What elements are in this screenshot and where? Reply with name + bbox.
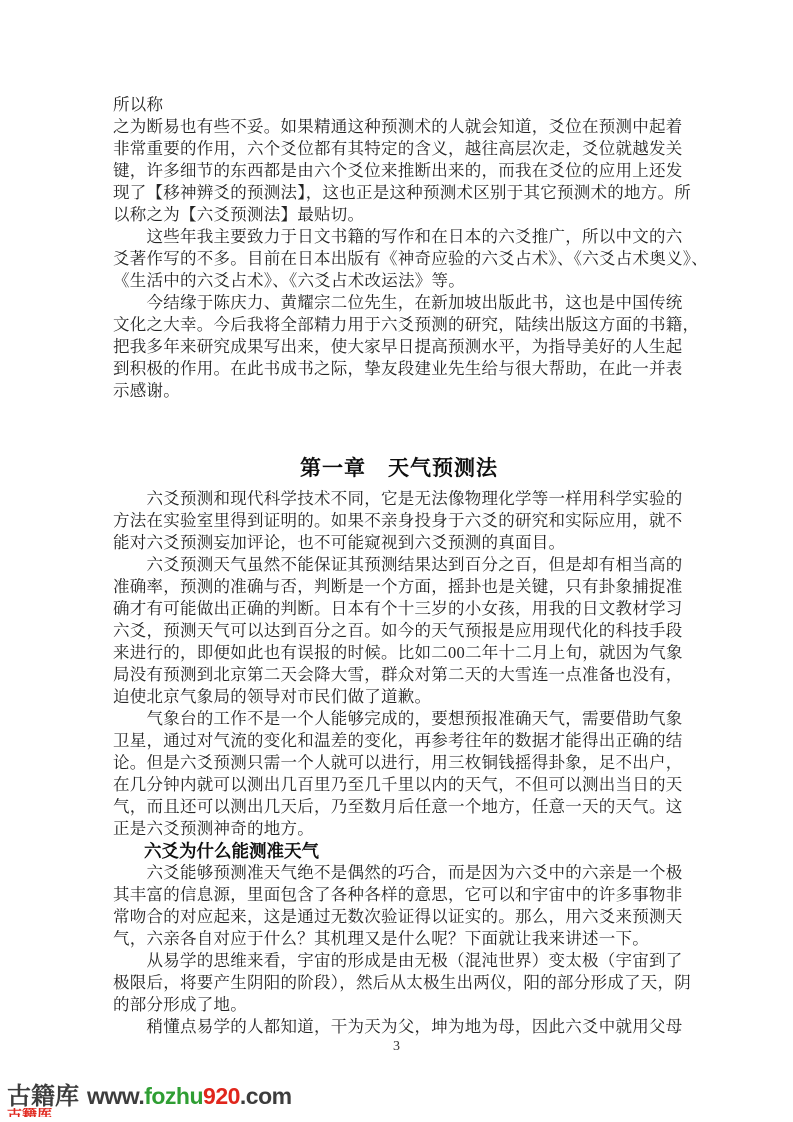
watermark-url-green: fozhu [144,1083,203,1109]
text-line: 以称之为【六爻预测法】最贴切。 [113,204,685,226]
paragraph: 六爻能够预测准天气绝不是偶然的巧合，而是因为六爻中的六亲是一个极其丰富的信息源，… [113,862,685,950]
text-line: 迫使北京气象局的领导对市民们做了道歉。 [113,686,685,708]
text-line: 把我多年来研究成果写出来，使大家早日提高预测水平，为指导美好的人生起 [113,336,685,358]
text-line: 六爻预测和现代科学技术不同，它是无法像物理化学等一样用科学实验的 [113,488,685,510]
paragraph: 这些年我主要致力于日文书籍的写作和在日本的六爻推广，所以中文的六爻著作写的不多。… [113,226,685,292]
text-line: 局没有预测到北京第二天会降大雪，群众对第二天的大雪连一点准备也没有， [113,664,685,686]
text-line: 极限后，将要产生阴阳的阶段），然后从太极生出两仪，阳的部分形成了天，阴 [113,972,685,994]
text-line: 气象台的工作不是一个人能够完成的，要想预报准确天气，需要借助气象 [113,708,685,730]
text-line: 稍懂点易学的人都知道，干为天为父，坤为地为母，因此六爻中就用父母 [113,1016,685,1038]
section-subheading: 六爻为什么能测准天气 [144,840,685,862]
text-line: 现了【移神辨爻的预测法】，这也正是这种预测术区别于其它预测术的地方。所 [113,182,685,204]
text-line: 卫星，通过对气流的变化和温差的变化，再参考往年的数据才能得出正确的结 [113,730,685,752]
text-line: 今结缘于陈庆力、黄耀宗二位先生，在新加坡出版此书，这也是中国传统 [113,292,685,314]
watermark-site-name: 古籍库 [7,1083,79,1110]
text-line: 从易学的思维来看，宇宙的形成是由无极（混沌世界）变太极（宇宙到了 [113,950,685,972]
paragraph: 稍懂点易学的人都知道，干为天为父，坤为地为母，因此六爻中就用父母 [113,1016,685,1038]
watermark-url-suffix: .com [240,1083,292,1109]
watermark-url-red: 920 [203,1083,240,1109]
text-line: 准确率，预测的准确与否，判断是一个方面，摇卦也是关键，只有卦象捕捉准 [113,576,685,598]
text-line: 《生活中的六爻占术》、《六爻占术改运法》等。 [113,270,685,292]
paragraph: 六爻预测和现代科学技术不同，它是无法像物理化学等一样用科学实验的方法在实验室里得… [113,488,685,554]
text-line: 示感谢。 [113,380,685,402]
watermark: 古籍库www.fozhu920.com [7,1082,292,1111]
chapter-heading: 第一章 天气预测法 [113,454,685,484]
watermark-cropped-fragment: 古籍库 [7,1108,77,1117]
page-number: 3 [0,1039,793,1055]
text-line: 在几分钟内就可以测出几百里乃至几千里以内的天气，不但可以测出当日的天 [113,774,685,796]
body-text: 所以称之为断易也有些不妥。如果精通这种预测术的人就会知道，爻位在预测中起着非常重… [113,94,685,1038]
text-line: 其丰富的信息源，里面包含了各种各样的意思，它可以和宇宙中的许多事物非 [113,884,685,906]
text-line: 爻著作写的不多。目前在日本出版有《神奇应验的六爻占术》、《六爻占术奥义》、 [113,248,685,270]
text-line: 常吻合的对应起来，这是通过无数次验证得以证实的。那么，用六爻来预测天 [113,906,685,928]
text-line: 气，六亲各自对应于什么？其机理又是什么呢？下面就让我来讲述一下。 [113,928,685,950]
text-line: 方法在实验室里得到证明的。如果不亲身投身于六爻的研究和实际应用，就不 [113,510,685,532]
text-line: 正是六爻预测神奇的地方。 [113,818,685,840]
text-line: 六爻能够预测准天气绝不是偶然的巧合，而是因为六爻中的六亲是一个极 [113,862,685,884]
text-line: 六爻，预测天气可以达到百分之百。如今的天气预报是应用现代化的科技手段 [113,620,685,642]
paragraph: 气象台的工作不是一个人能够完成的，要想预报准确天气，需要借助气象卫星，通过对气流… [113,708,685,840]
paragraph: 所以称之为断易也有些不妥。如果精通这种预测术的人就会知道，爻位在预测中起着非常重… [113,94,685,226]
paragraph: 今结缘于陈庆力、黄耀宗二位先生，在新加坡出版此书，这也是中国传统文化之大幸。今后… [113,292,685,402]
text-line: 这些年我主要致力于日文书籍的写作和在日本的六爻推广，所以中文的六 [113,226,685,248]
text-line: 能对六爻预测妄加评论，也不可能窥视到六爻预测的真面目。 [113,532,685,554]
paragraph: 六爻预测天气虽然不能保证其预测结果达到百分之百，但是却有相当高的准确率，预测的准… [113,554,685,708]
paragraph: 从易学的思维来看，宇宙的形成是由无极（混沌世界）变太极（宇宙到了极限后，将要产生… [113,950,685,1016]
watermark-url-prefix: www. [87,1083,144,1109]
text-line: 非常重要的作用，六个爻位都有其特定的含义，越往高层次走，爻位就越发关 [113,138,685,160]
text-line: 确才有可能做出正确的判断。日本有个十三岁的小女孩，用我的日文教材学习 [113,598,685,620]
text-line: 所以称 [113,94,685,116]
text-line: 气，而且还可以测出几天后，乃至数月后任意一个地方，任意一天的天气。这 [113,796,685,818]
text-line: 来进行的，即便如此也有误报的时候。比如二00二年十二月上旬，就因为气象 [113,642,685,664]
text-line: 到积极的作用。在此书成书之际，挚友段建业先生给与很大帮助，在此一并表 [113,358,685,380]
text-line: 六爻预测天气虽然不能保证其预测结果达到百分之百，但是却有相当高的 [113,554,685,576]
text-line: 论。但是六爻预测只需一个人就可以进行，用三枚铜钱摇得卦象，足不出户， [113,752,685,774]
document-page: 所以称之为断易也有些不妥。如果精通这种预测术的人就会知道，爻位在预测中起着非常重… [0,0,793,1122]
text-line: 键，许多细节的东西都是由六个爻位来推断出来的，而我在爻位的应用上还发 [113,160,685,182]
text-line: 之为断易也有些不妥。如果精通这种预测术的人就会知道，爻位在预测中起着 [113,116,685,138]
text-line: 的部分形成了地。 [113,994,685,1016]
text-line: 文化之大幸。今后我将全部精力用于六爻预测的研究，陆续出版这方面的书籍， [113,314,685,336]
